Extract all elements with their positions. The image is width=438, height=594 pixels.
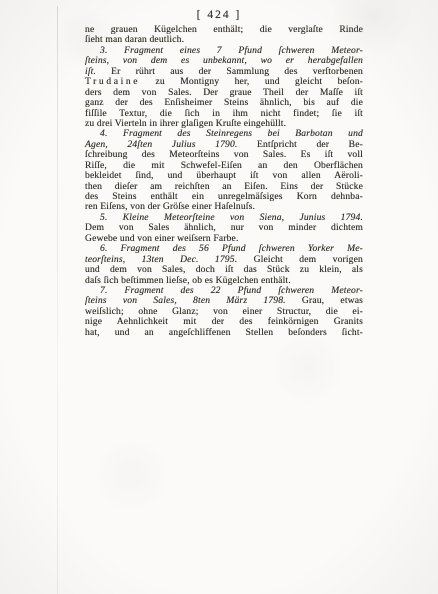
text-segment: teorſteins, 13ten Dec. 1795. xyxy=(85,254,237,265)
text-segment: ſieht man daran deutlich. xyxy=(85,34,184,45)
text-segment: nige Aehnlichkeit mit der des feinkörnig… xyxy=(85,316,363,327)
text-segment: Gleicht dem vorigen xyxy=(254,254,363,265)
text-segment: ſteins von Sales, 8ten März 1798. xyxy=(85,295,286,306)
text-segment: zu drei Vierteln in ihrer glaſigen Kruſt… xyxy=(85,118,286,129)
text-segment: ſteins, von dem es unbekannt, wo er hera… xyxy=(85,55,363,66)
text-block: ne grauen Kügelchen enthält; die verglaſ… xyxy=(85,25,363,338)
text-segment: hat, und an angeſchliffenen Stellen beſo… xyxy=(85,327,363,338)
text-line: hat, und an angeſchliffenen Stellen beſo… xyxy=(85,328,363,338)
text-segment: Grau, etwas xyxy=(302,295,363,306)
text-segment: ren Eiſens, von der Gröſse einer Haſelnu… xyxy=(85,201,255,212)
text-segment: ganz der des Enſisheimer Steins ähnlich,… xyxy=(85,97,363,108)
text-segment: bekleidet ſind, und überhaupt iſt von al… xyxy=(85,170,363,181)
text-segment: ſchreibung des Meteorſteins von Sales. E… xyxy=(85,149,363,160)
text-segment: 5. Kleine Meteorſteine von Siena, Junius… xyxy=(100,212,363,223)
page-number: [ 424 ] xyxy=(0,9,438,21)
text-segment: daſs ſich beſtimmen lieſse, ob es Kügelc… xyxy=(85,275,291,286)
text-segment: Trudaine xyxy=(85,76,140,87)
text-segment: ders dem von Sales. Der graue Theil der … xyxy=(85,87,363,98)
text-segment: 4. Fragment des Steinregens bei Barbotan… xyxy=(100,128,363,139)
page-edge-line xyxy=(57,6,58,594)
text-segment: Dem von Sales ähnlich, nur von minder di… xyxy=(85,222,363,233)
text-segment: fiſſile Textur, die ſich in ihm nicht fi… xyxy=(85,108,363,119)
text-segment: zu Montigny her, und gleicht beſon- xyxy=(155,76,363,87)
text-segment: then dieſer am reichſten an Eiſen. Eins … xyxy=(85,181,363,192)
text-segment: und dem von Sales, doch iſt das Stück zu… xyxy=(85,264,363,275)
book-page: [ 424 ] ne grauen Kügelchen enthält; die… xyxy=(0,0,438,594)
text-segment: 6. Fragment des 56 Pfund ſchweren Yorker… xyxy=(100,243,363,254)
